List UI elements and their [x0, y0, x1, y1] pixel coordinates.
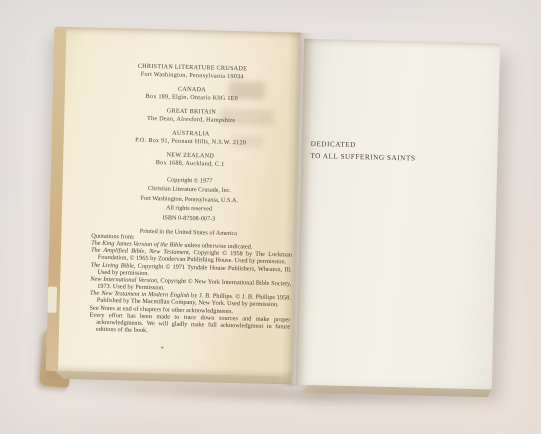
office-great-britain: GREAT BRITAIN The Dean, Alresford, Hamps… [98, 106, 284, 127]
copyright-block: Copyright © 1977 Christian Literature Cr… [95, 174, 282, 240]
publisher-main-office: CHRISTIAN LITERATURE CRUSADE Fort Washin… [99, 62, 285, 83]
acknowledgment-note: Every effort has been made to trace down… [89, 311, 290, 337]
quotations-block: Quotations from: The King James Version … [89, 233, 292, 338]
photo-background: CHRISTIAN LITERATURE CRUSADE Fort Washin… [0, 0, 541, 434]
edge-notch [47, 287, 57, 313]
right-page-dedication: DEDICATED TO ALL SUFFERING SAINTS [296, 39, 500, 390]
office-australia: AUSTRALIA P.O. Box 91, Pennant Hills, N.… [98, 128, 284, 149]
publisher-address-block: CHRISTIAN LITERATURE CRUSADE Fort Washin… [97, 62, 286, 177]
left-page-copyright: CHRISTIAN LITERATURE CRUSADE Fort Washin… [46, 27, 300, 377]
open-book: CHRISTIAN LITERATURE CRUSADE Fort Washin… [46, 23, 497, 400]
dedication-line-2: TO ALL SUFFERING SAINTS [310, 150, 415, 164]
dedication-text: DEDICATED TO ALL SUFFERING SAINTS [310, 139, 416, 165]
aged-page-edge [46, 27, 66, 371]
printer-mark: * [161, 346, 164, 352]
office-canada: CANADA Box 189, Elgin, Ontario K0G 1E0 [99, 84, 285, 105]
office-new-zealand: NEW ZEALAND Box 1688, Auckland, C.1 [97, 150, 283, 171]
